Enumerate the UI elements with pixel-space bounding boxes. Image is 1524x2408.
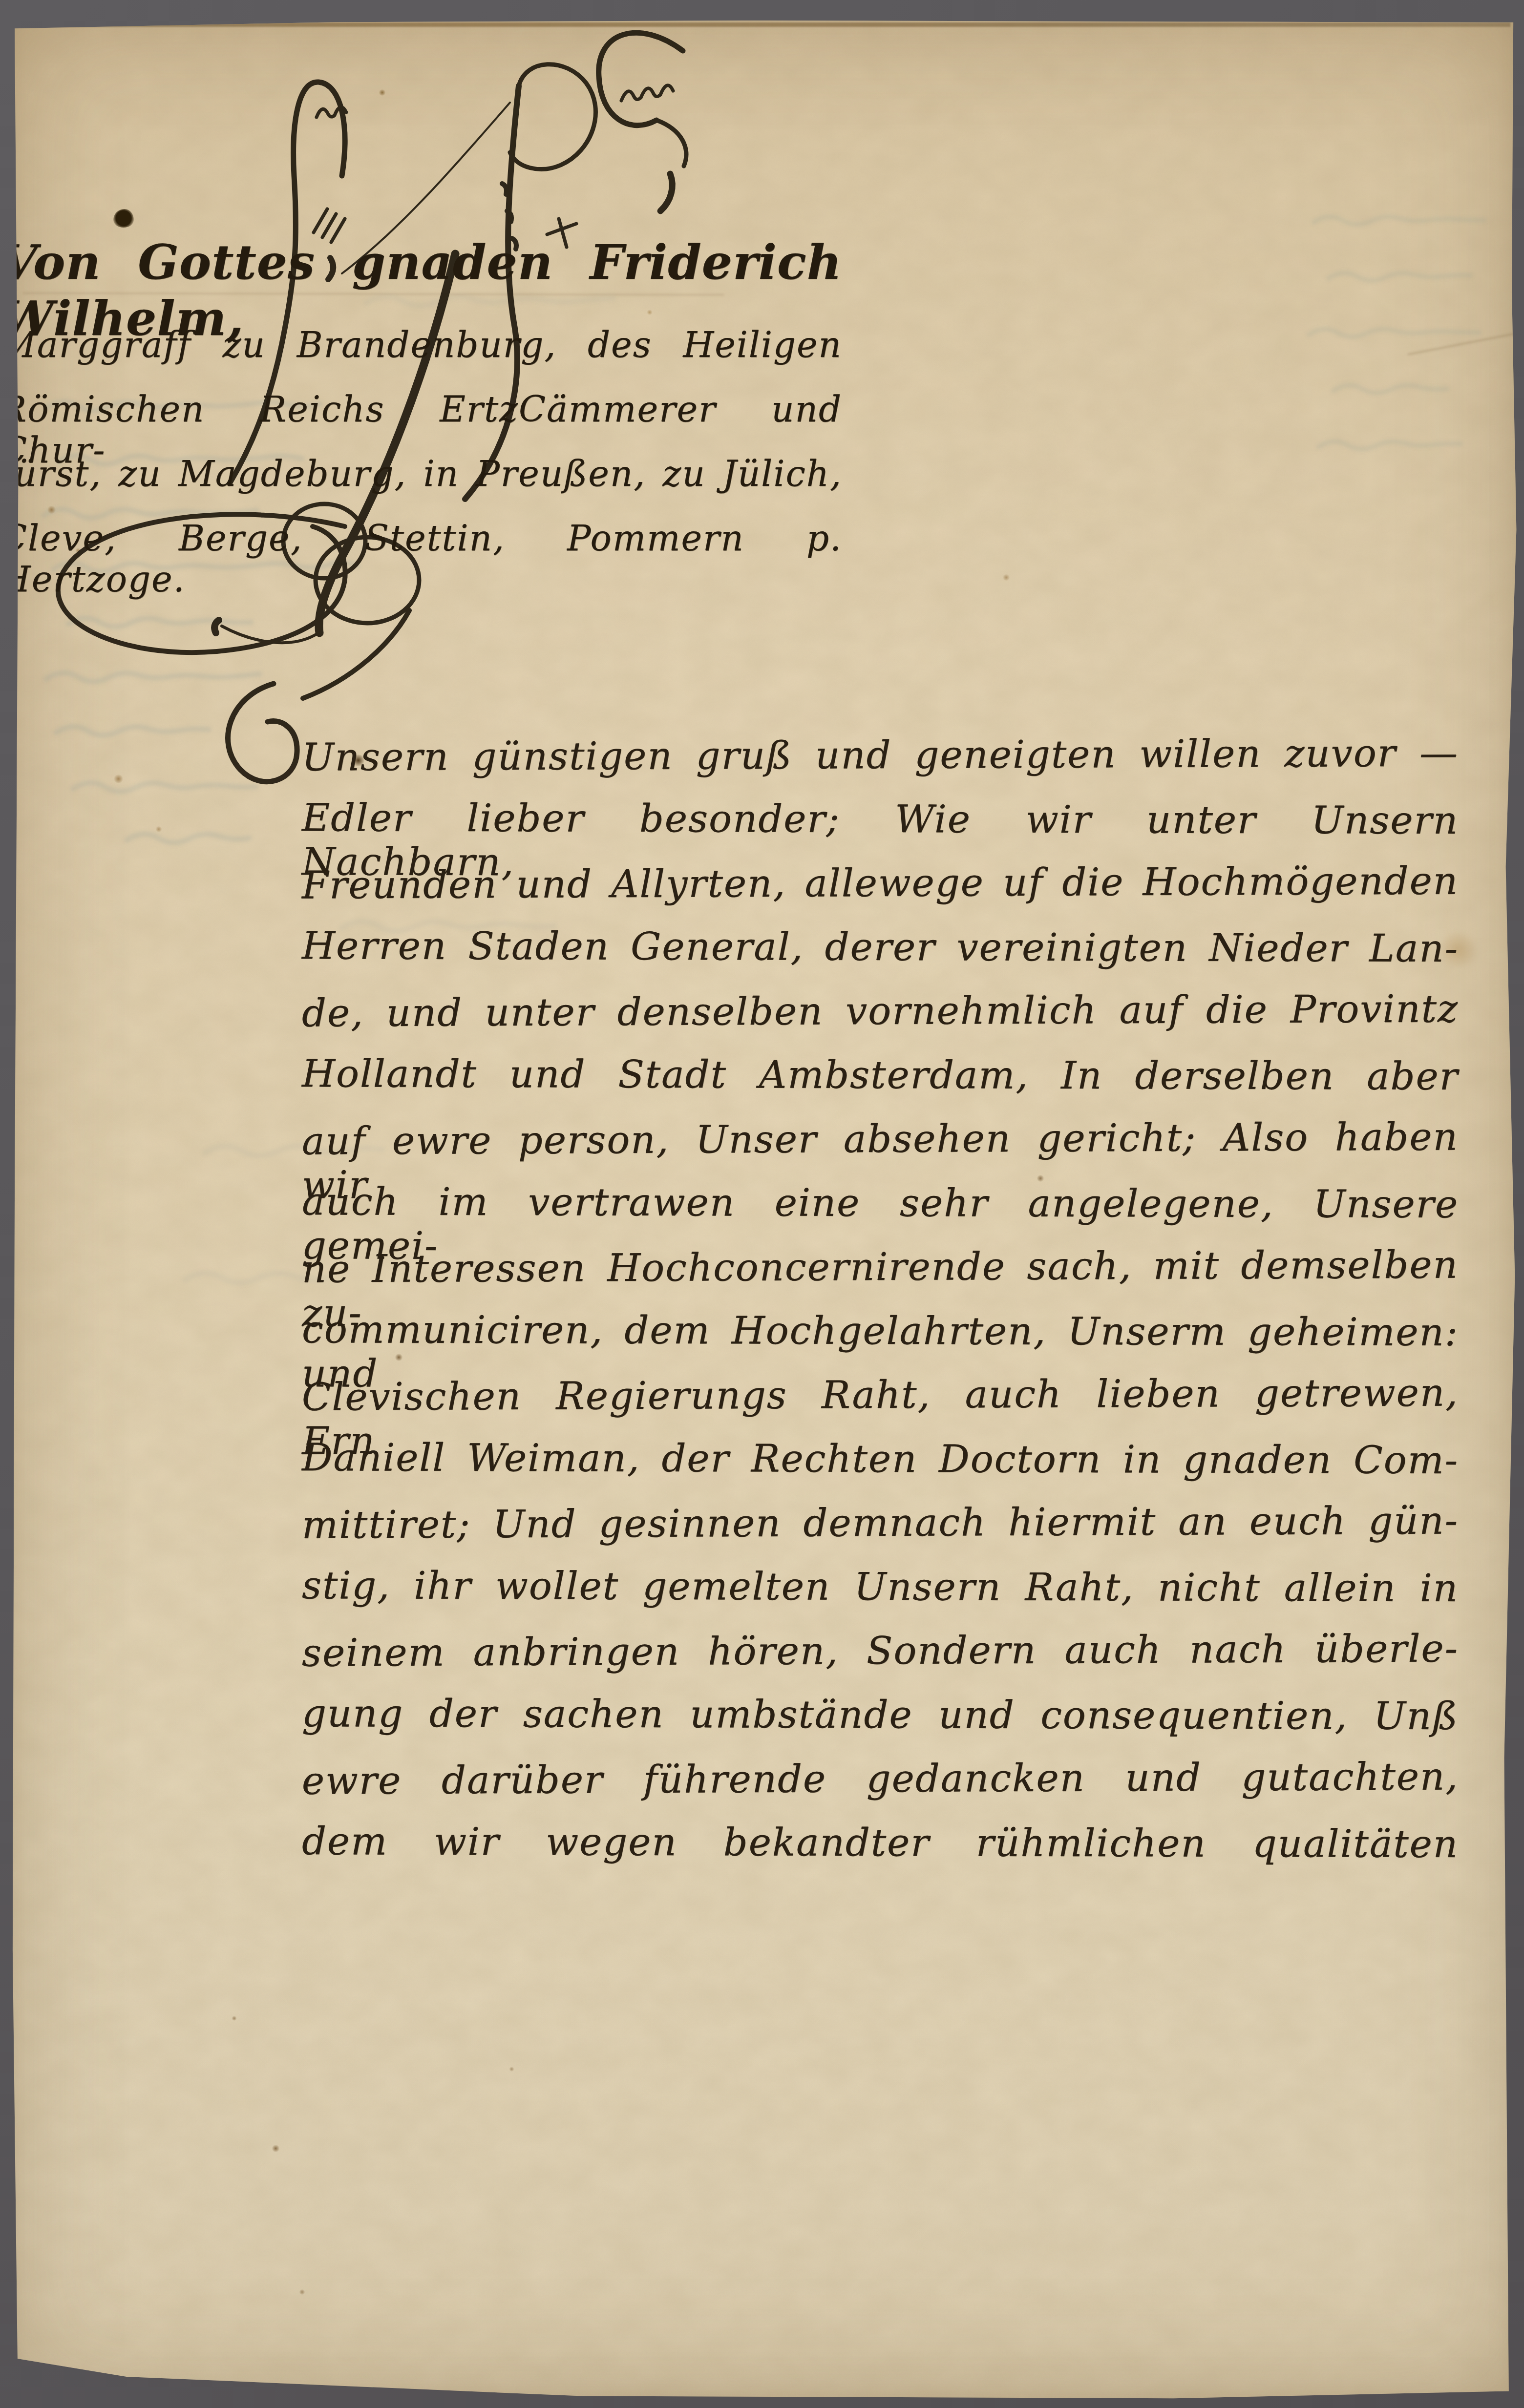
body-line: gung der sachen umbstände und consequent… bbox=[302, 1692, 1459, 1738]
body-line: Unsern günstigen gruß und geneigten will… bbox=[302, 731, 1459, 779]
body-line: dem wir wegen bekandter rühmlichen quali… bbox=[302, 1820, 1459, 1866]
header-line: fürst, zu Magdeburg, in Preußen, zu Jüli… bbox=[0, 453, 842, 494]
body-line: stig, ihr wollet gemelten Unsern Raht, n… bbox=[302, 1564, 1459, 1611]
body-line: Herren Staden General, derer vereinigten… bbox=[302, 924, 1459, 971]
body-line: mittiret; Und gesinnen demnach hiermit a… bbox=[302, 1499, 1459, 1547]
body-line: ewre darüber führende gedancken und guta… bbox=[302, 1755, 1459, 1803]
header-line: Cleve, Berge, Stettin, Pommern p. Hertzo… bbox=[0, 518, 842, 600]
body-line: Daniell Weiman, der Rechten Doctorn in g… bbox=[302, 1436, 1459, 1483]
photographed-manuscript: Von Gottes gnaden Friderich Wilhelm, Mar… bbox=[0, 0, 1524, 2408]
body-line: Freunden und Allyrten, allewege uf die H… bbox=[302, 859, 1459, 907]
manuscript-page: Von Gottes gnaden Friderich Wilhelm, Mar… bbox=[0, 0, 1524, 2408]
body-line: de, und unter denselben vornehmlich auf … bbox=[302, 987, 1459, 1035]
header-line: Marggraff zu Brandenburg, des Heiligen bbox=[0, 324, 842, 365]
body-line: seinem anbringen hören, Sondern auch nac… bbox=[302, 1627, 1459, 1675]
body-line: Hollandt und Stadt Ambsterdam, In dersel… bbox=[302, 1052, 1459, 1099]
